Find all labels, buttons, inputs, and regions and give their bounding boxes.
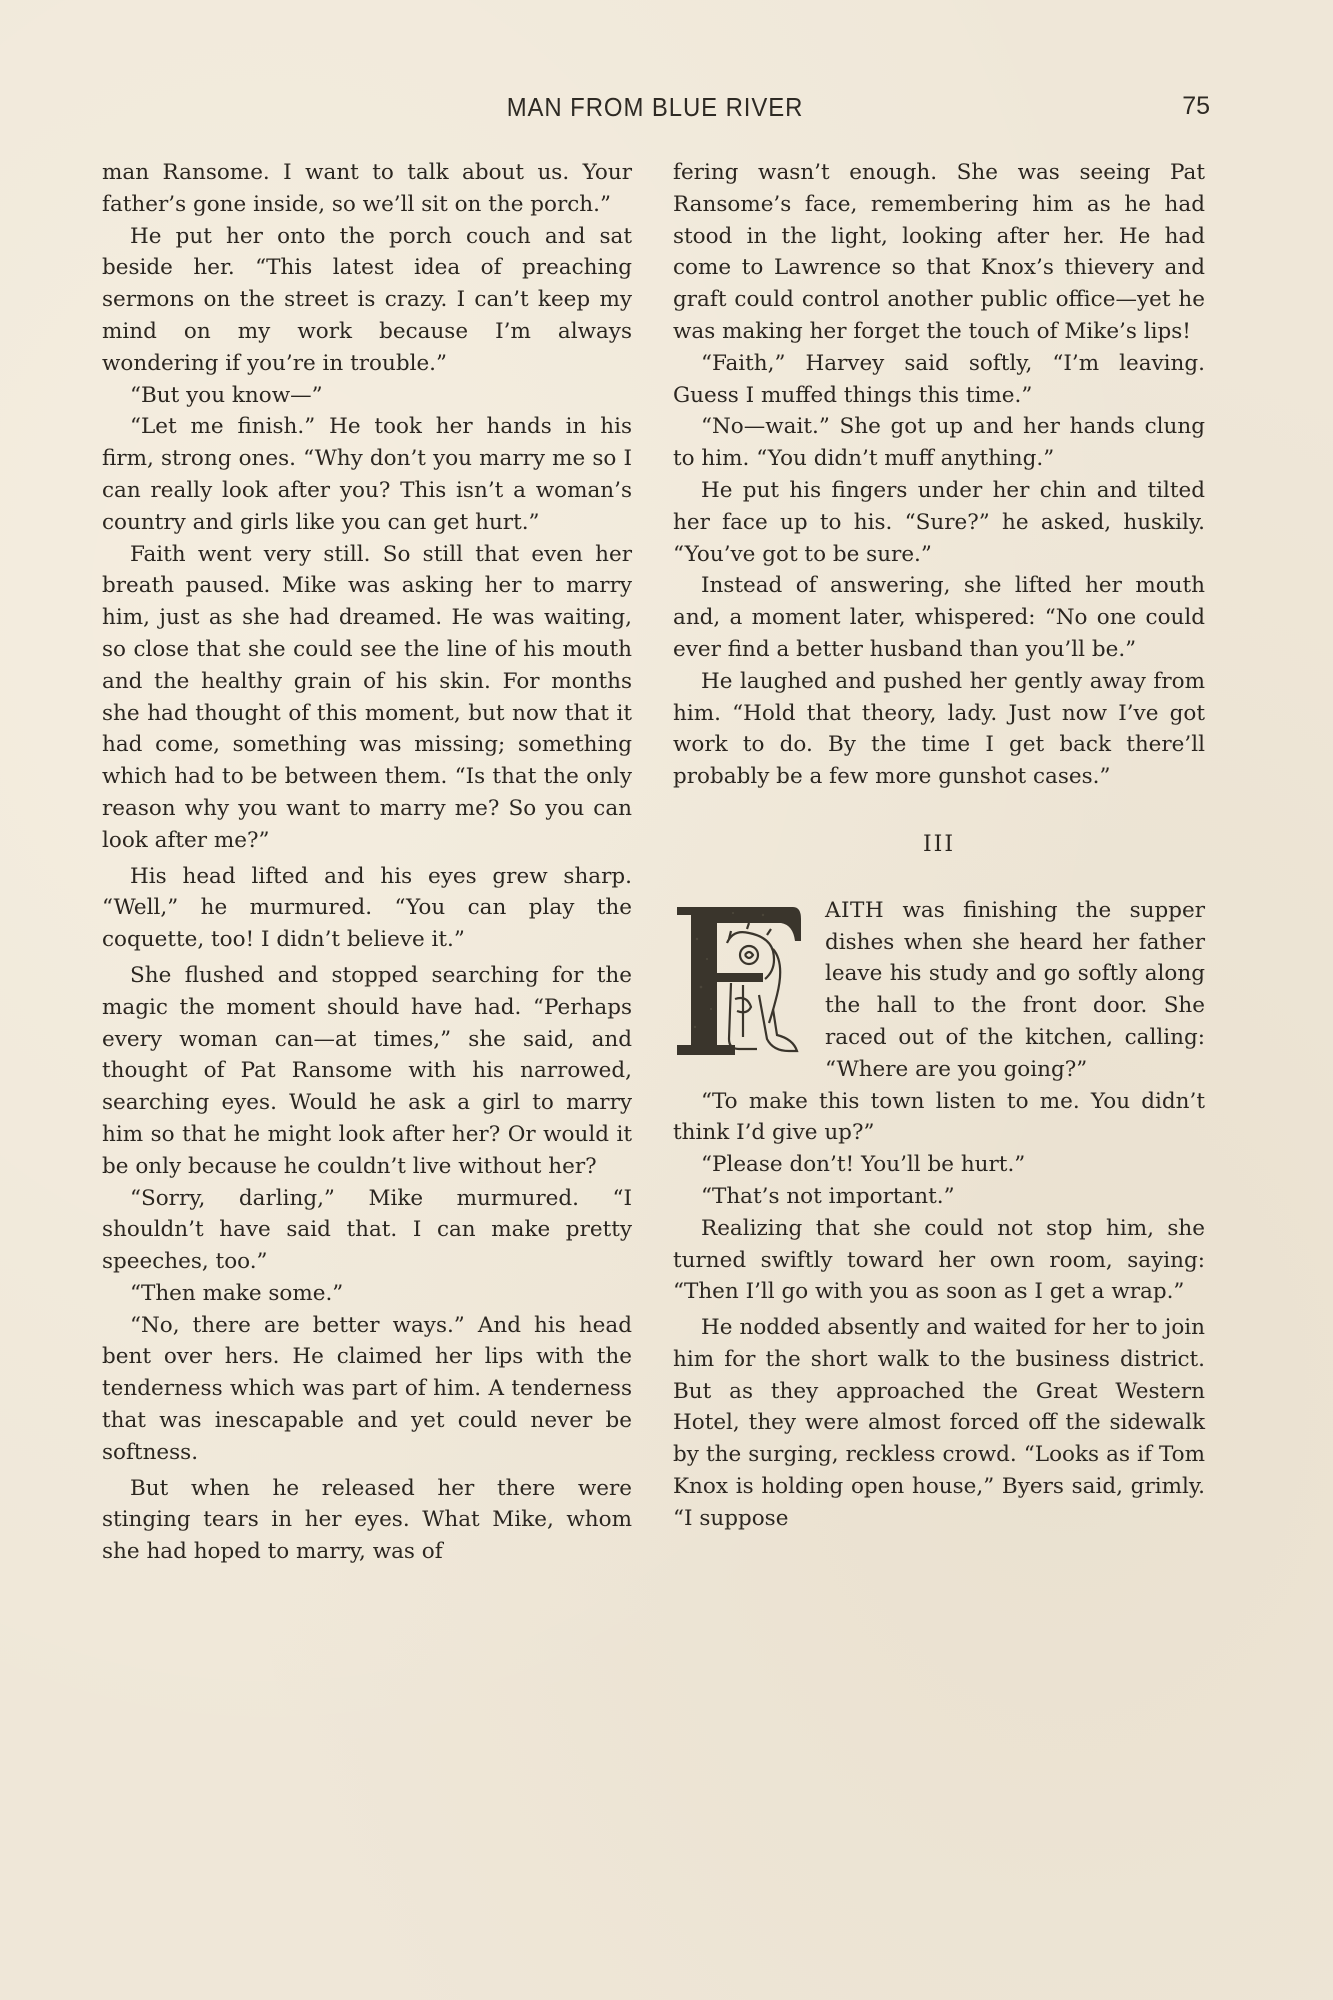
paragraph: “That’s not important.” [673,1181,1205,1213]
paragraph: “Sorry, darling,” Mike murmured. “I shou… [102,1183,632,1278]
book-title: MAN FROM BLUE RIVER [144,92,1165,123]
left-column: man Ransome. I want to talk about us. Yo… [102,157,632,1568]
paragraph: “But you know—” [102,380,632,412]
paragraph: Realizing that she could not stop him, s… [673,1213,1205,1308]
paragraph: fering wasn’t enough. She was seeing Pat… [673,157,1205,348]
paragraph: He put his fingers under her chin and ti… [673,475,1205,570]
paragraph: His head lifted and his eyes grew sharp.… [102,861,632,956]
paragraph: Faith went very still. So still that eve… [102,539,632,857]
chapter-opening-paragraph: AITH was finishing the supper dishes whe… [673,895,1205,1086]
right-column: fering wasn’t enough. She was seeing Pat… [673,157,1205,1535]
paragraph: “Faith,” Harvey said softly, “I’m leavin… [673,348,1205,412]
paragraph: He nodded absently and waited for her to… [673,1312,1205,1535]
running-header: MAN FROM BLUE RIVER 75 [100,92,1210,128]
paragraph: Instead of answering, she lifted her mou… [673,570,1205,665]
ornamental-drop-cap-f-icon [673,899,815,1061]
paragraph: But when he released her there were stin… [102,1473,632,1568]
paragraph: He put her onto the porch couch and sat … [102,221,632,380]
paragraph: “No—wait.” She got up and her hands clun… [673,411,1205,475]
paragraph: “Please don’t! You’ll be hurt.” [673,1149,1205,1181]
paragraph: “Let me finish.” He took her hands in hi… [102,411,632,538]
paragraph: He laughed and pushed her gently away fr… [673,666,1205,793]
paragraph: man Ransome. I want to talk about us. Yo… [102,157,632,221]
paragraph: “No, there are better ways.” And his hea… [102,1310,632,1469]
chapter-number: III [673,829,1205,861]
page-number: 75 [1182,92,1210,121]
opening-first-word: AITH [825,898,884,923]
paragraph: She flushed and stopped searching for th… [102,960,632,1183]
book-page: MAN FROM BLUE RIVER 75 man Ransome. I wa… [0,0,1333,2000]
opening-text: was finishing the supper dishes when she… [825,898,1205,1082]
paragraph: “Then make some.” [102,1278,632,1310]
paragraph: “To make this town listen to me. You did… [673,1086,1205,1150]
